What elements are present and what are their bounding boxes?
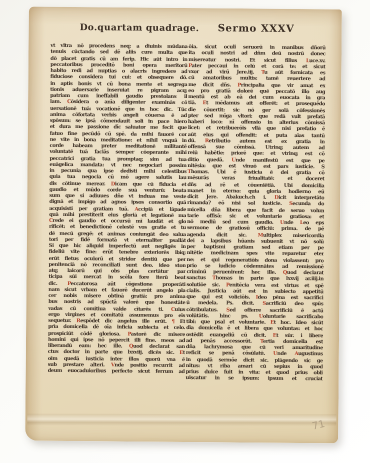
running-title: Do.quartam quadrage. [80,23,200,34]
text-line: uiscatur in se ipsum: ipsum et cruciat [186,375,323,382]
text-column-left: vt vltra nō procedens neq; a diuinis mūd… [48,43,188,375]
photo-backdrop: Do.quartam quadrage. Sermo XXXV vt vltra… [0,0,370,463]
paper-crease [27,414,336,427]
pencil-number: 71 [311,419,326,433]
book-page: Do.quartam quadrage. Sermo XXXV vt vltra… [25,7,342,444]
text-line: deum euocaduioribus perfecto sicut ferru… [48,368,185,375]
sermon-number: Sermo XXXV [218,23,295,35]
text-column-right: ōia. sicut oculi seruorū in manibus dñor… [186,44,326,383]
